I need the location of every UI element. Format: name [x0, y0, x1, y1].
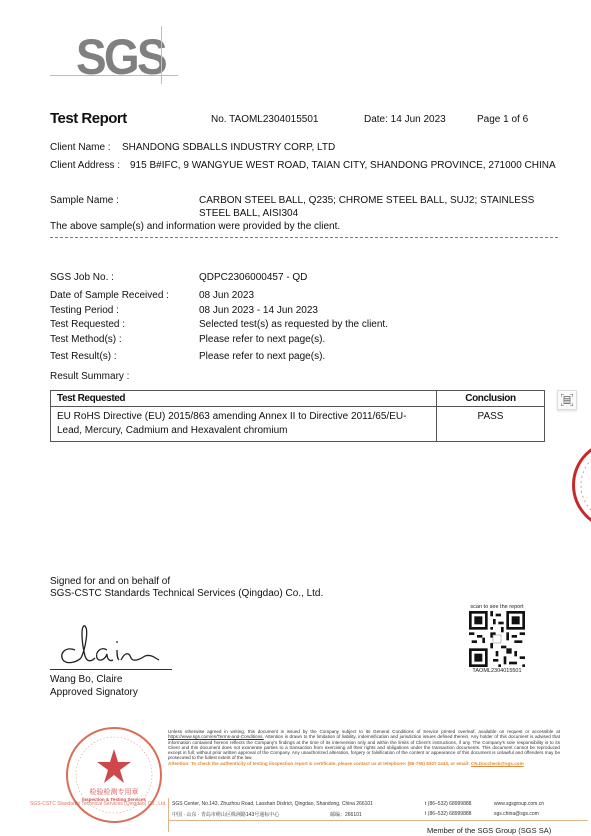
footer-email[interactable]: sgs.china@sgs.com	[494, 811, 539, 817]
test-method-value: Please refer to next page(s).	[199, 333, 325, 347]
attention-text: Attention: To check the authenticity of …	[168, 761, 471, 766]
result-summary-table: Test Requested Conclusion EU RoHS Direct…	[50, 390, 545, 442]
test-line2: Lead, Mercury, Cadmium and Hexavalent ch…	[57, 424, 430, 438]
col-test-requested: Test Requested	[51, 391, 437, 407]
section-divider	[50, 237, 558, 238]
stamp-center-cn: 检验检测专用章	[68, 787, 160, 797]
qr-caption: scan to see the report	[465, 604, 529, 610]
signature-scribble	[55, 620, 165, 668]
terms-link[interactable]: https://www.sgs.com/en/Terms-and-Conditi…	[168, 734, 264, 739]
client-name-label: Client Name :	[50, 141, 111, 155]
logo-accent-line	[161, 26, 162, 84]
stamp-ring-text: SGS-CSTC Standards Technical Services (Q…	[30, 801, 167, 807]
official-seal-stamp: 检验检测专用章 Inspection & Testing Services	[66, 727, 162, 823]
test-result-value: Please refer to next page(s).	[199, 350, 325, 364]
footer-divider	[168, 820, 588, 821]
sample-name-label: Sample Name :	[50, 194, 119, 208]
footer-tel-1: t (86–532) 68999888	[425, 801, 471, 807]
disclaimer-text-1: Unless otherwise agreed in writing, this…	[168, 729, 560, 734]
client-name: SHANDONG SDBALLS INDUSTRY CORP, LTD	[122, 141, 335, 155]
authenticity-notice: Attention: To check the authenticity of …	[168, 761, 560, 766]
sgs-logo: SGS	[50, 22, 180, 88]
footer-accent-line	[168, 798, 169, 832]
sample-note: The above sample(s) and information were…	[50, 220, 340, 234]
signatory-name: Wang Bo, Claire	[50, 673, 122, 687]
qr-code[interactable]	[469, 611, 525, 667]
sample-name-line1: CARBON STEEL BALL, Q235; CHROME STEEL BA…	[199, 194, 534, 208]
logo-text: SGS	[76, 28, 165, 86]
table-extract-button[interactable]	[557, 390, 577, 410]
signatory-role: Approved Signatory	[50, 686, 138, 700]
col-conclusion: Conclusion	[437, 391, 545, 407]
test-requested-label: Test Requested :	[50, 318, 125, 332]
sgs-group-membership: Member of the SGS Group (SGS SA)	[427, 826, 551, 835]
qr-block: scan to see the report TAOML2304015501	[465, 604, 529, 674]
test-result-label: Test Result(s) :	[50, 350, 117, 364]
test-line1: EU RoHS Directive (EU) 2015/863 amending…	[57, 410, 430, 424]
logo-accent-line	[50, 75, 178, 76]
test-requested-value: Selected test(s) as requested by the cli…	[199, 318, 388, 332]
conclusion-cell: PASS	[437, 407, 545, 442]
signing-company: SGS-CSTC Standards Technical Services (Q…	[50, 587, 323, 601]
client-address-label: Client Address :	[50, 159, 120, 173]
footer-tel-2: t (86–532) 68999888	[425, 811, 471, 817]
footer-website[interactable]: www.sgsgroup.com.cn	[494, 801, 544, 807]
doccheck-email-link[interactable]: CN.Doccheck@sgs.com	[471, 761, 524, 766]
testing-period-value: 08 Jun 2023 - 14 Jun 2023	[199, 304, 318, 318]
testing-period-label: Testing Period :	[50, 304, 119, 318]
test-requested-cell: EU RoHS Directive (EU) 2015/863 amending…	[51, 407, 437, 442]
seal-stamp-right	[572, 440, 591, 530]
report-title: Test Report	[50, 110, 127, 127]
table-row: EU RoHS Directive (EU) 2015/863 amending…	[51, 407, 545, 442]
qr-code-number: TAOML2304015501	[465, 668, 529, 674]
test-method-label: Test Method(s) :	[50, 333, 122, 347]
sample-name-line2: STEEL BALL, AISI304	[199, 207, 298, 221]
calculator-icon	[561, 394, 573, 406]
footer-address-en: SGS Center, No.143, Zhuzhou Road, Laosha…	[172, 801, 373, 807]
page-indicator: Page 1 of 6	[477, 114, 528, 125]
date-received-label: Date of Sample Received :	[50, 289, 169, 303]
date-received-value: 08 Jun 2023	[199, 289, 254, 303]
footer-address-cn: 中国 · 山东 · 青岛市崂山区株洲路143号通标中心	[172, 811, 279, 818]
footer-postcode-cn: 邮编：266101	[330, 811, 362, 818]
report-date: Date: 14 Jun 2023	[364, 114, 446, 125]
legal-disclaimer: Unless otherwise agreed in writing, this…	[168, 729, 560, 766]
job-no-label: SGS Job No. :	[50, 271, 114, 285]
result-summary-label: Result Summary :	[50, 370, 129, 384]
client-address: 915 B#IFC, 9 WANGYUE WEST ROAD, TAIAN CI…	[130, 159, 556, 173]
report-number: No. TAOML2304015501	[211, 114, 318, 125]
signature-line	[50, 669, 172, 670]
job-no-value: QDPC2306000457 - QD	[199, 271, 307, 285]
table-header-row: Test Requested Conclusion	[51, 391, 545, 407]
